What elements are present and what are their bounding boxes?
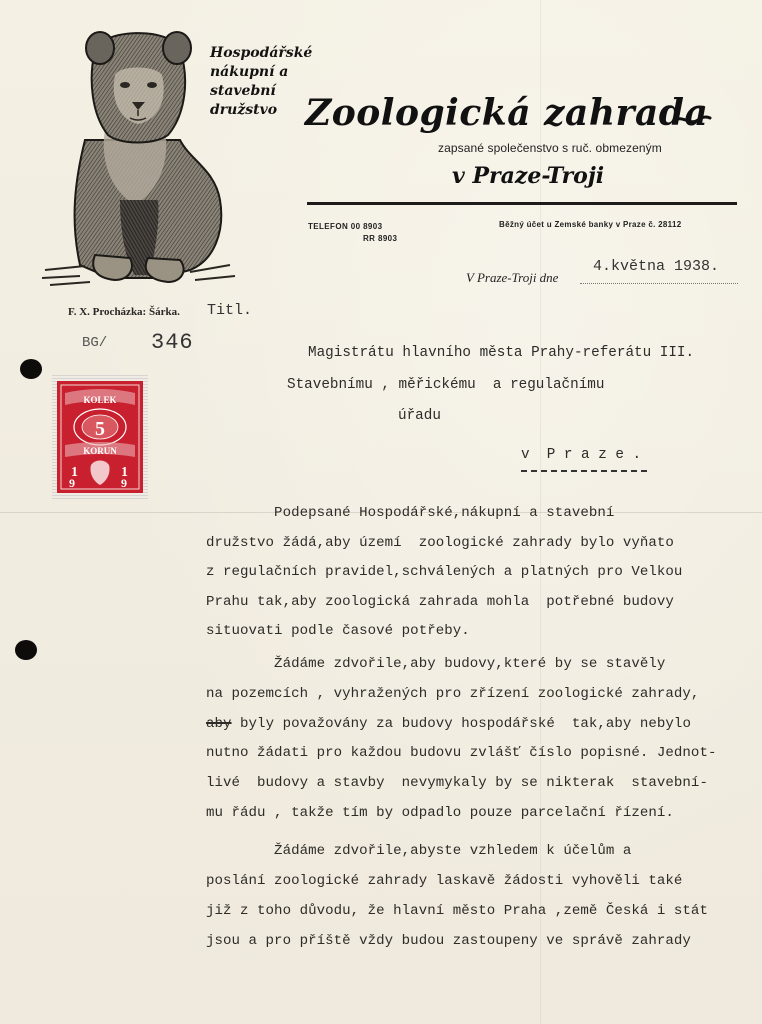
body-line: jsou a pro příště vždy budou zastoupeny … (206, 933, 691, 949)
recipient-line: Magistrátu hlavního města Prahy-referátu… (308, 345, 694, 361)
recipient-line: Stavebnímu , měřickému a regulačnímu (287, 377, 604, 393)
body-line: Prahu tak,aby zoologická zahrada mohla p… (206, 594, 674, 610)
body-line: situovati podle časové potřeby. (206, 623, 470, 639)
cooperative-name: Hospodářské nákupní a stavební družstvo (210, 44, 312, 120)
telephone-info: TELEFON 00 8903 RR 8903 (308, 221, 397, 245)
punch-hole-bottom (15, 640, 37, 660)
revenue-stamp: KOLEK 5 KORUN 1 9 1 9 (52, 375, 148, 499)
salutation: Titl. (207, 302, 252, 319)
recipient-line: úřadu (398, 408, 441, 424)
title-swash-ornament (672, 112, 712, 126)
illustration-credit: F. X. Procházka: Šárka. (68, 306, 180, 318)
body-line: livé budovy a stavby nevymykaly by se ni… (206, 775, 708, 791)
svg-text:9: 9 (69, 476, 75, 490)
telephone-line: RR 8903 (308, 233, 397, 245)
body-line: družstvo žádá,aby území zoologické zahra… (206, 535, 674, 551)
bank-account-info: Běžný účet u Zemské banky v Praze č. 281… (499, 220, 681, 229)
svg-text:9: 9 (121, 476, 127, 490)
struck-word: aby (206, 716, 232, 732)
cooperative-line: Hospodářské (210, 44, 312, 63)
recipient-underline (521, 470, 647, 472)
telephone-line: TELEFON 00 8903 (308, 221, 397, 233)
date-dotted-line (580, 282, 738, 284)
recipient-city: v P r a z e . (521, 447, 641, 463)
reference-number: 346 (151, 330, 194, 355)
body-line: Podepsané Hospodářské,nákupní a stavební (206, 505, 614, 521)
letterhead-subtitle: zapsané společenstvo s ruč. obmezeným (438, 141, 662, 155)
letter-date: 4.května 1938. (593, 258, 719, 275)
body-line: již z toho důvodu, že hlavní město Praha… (206, 903, 708, 919)
stamp-label-top: KOLEK (83, 395, 116, 405)
body-line: z regulačních pravidel,schválených a pla… (206, 564, 682, 580)
cooperative-line: stavební (210, 82, 312, 101)
reference-prefix: BG/ (82, 335, 107, 351)
letterhead-location: v Praze-Troji (452, 163, 604, 189)
stamp-artwork: KOLEK 5 KORUN 1 9 1 9 (57, 381, 143, 493)
body-line: nutno žádati pro každou budovu zvlášť čí… (206, 745, 716, 761)
place-label: V Praze-Troji dne (466, 270, 558, 286)
body-line: Žádáme zdvořile,abyste vzhledem k účelům… (206, 843, 631, 859)
stamp-label-bottom: KORUN (83, 446, 117, 456)
letterhead-title: Zoologická zahrada (305, 92, 708, 134)
body-line-text: byly považovány za budovy hospodářské ta… (240, 716, 691, 732)
cooperative-line: družstvo (210, 101, 312, 120)
body-line: aby byly považovány za budovy hospodářsk… (206, 716, 691, 732)
punch-hole-top (20, 359, 42, 379)
body-line: Žádáme zdvořile,aby budovy,které by se s… (206, 656, 665, 672)
letterhead-rule (307, 202, 737, 205)
body-line: mu řádu , takže tím by odpadlo pouze par… (206, 805, 674, 821)
cooperative-line: nákupní a (210, 63, 312, 82)
body-line: poslání zoologické zahrady laskavě žádos… (206, 873, 682, 889)
stamp-value: 5 (95, 418, 105, 440)
body-line: na pozemcích , vyhražených pro zřízení z… (206, 686, 699, 702)
